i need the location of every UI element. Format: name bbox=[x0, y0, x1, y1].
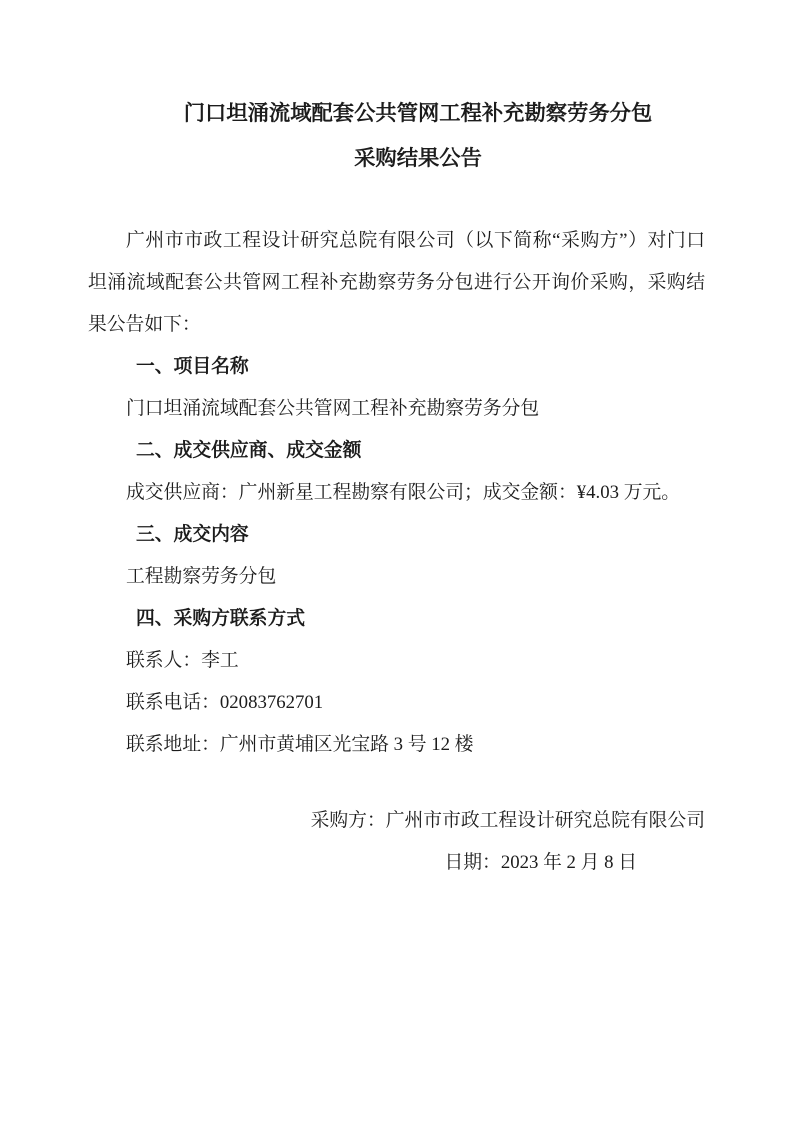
section-heading-deal-content: 三、成交内容 bbox=[88, 514, 705, 556]
section-body-deal-content: 工程勘察劳务分包 bbox=[88, 556, 705, 598]
contact-address-line: 联系地址：广州市黄埔区光宝路 3 号 12 楼 bbox=[88, 724, 705, 766]
signature-purchaser: 采购方：广州市市政工程设计研究总院有限公司 bbox=[88, 800, 705, 842]
document-title-line-2: 采购结果公告 bbox=[88, 136, 705, 181]
signature-date: 日期：2023 年 2 月 8 日 bbox=[88, 842, 705, 884]
contact-person-line: 联系人：李工 bbox=[88, 640, 705, 682]
document-page: 门口坦涌流域配套公共管网工程补充勘察劳务分包 采购结果公告 广州市市政工程设计研… bbox=[0, 0, 793, 1122]
contact-phone-line: 联系电话：02083762701 bbox=[88, 682, 705, 724]
section-heading-contact-info: 四、采购方联系方式 bbox=[88, 598, 705, 640]
document-body: 广州市市政工程设计研究总院有限公司（以下简称“采购方”）对门口坦涌流域配套公共管… bbox=[88, 220, 705, 766]
section-heading-project-name: 一、项目名称 bbox=[88, 346, 705, 388]
section-body-project-name: 门口坦涌流域配套公共管网工程补充勘察劳务分包 bbox=[88, 388, 705, 430]
intro-paragraph: 广州市市政工程设计研究总院有限公司（以下简称“采购方”）对门口坦涌流域配套公共管… bbox=[88, 220, 705, 346]
section-body-supplier-amount: 成交供应商：广州新星工程勘察有限公司；成交金额：¥4.03 万元。 bbox=[88, 472, 705, 514]
section-heading-supplier-amount: 二、成交供应商、成交金额 bbox=[88, 430, 705, 472]
document-title-line-1: 门口坦涌流域配套公共管网工程补充勘察劳务分包 bbox=[88, 91, 705, 136]
signature-block: 采购方：广州市市政工程设计研究总院有限公司 日期：2023 年 2 月 8 日 bbox=[88, 800, 705, 884]
